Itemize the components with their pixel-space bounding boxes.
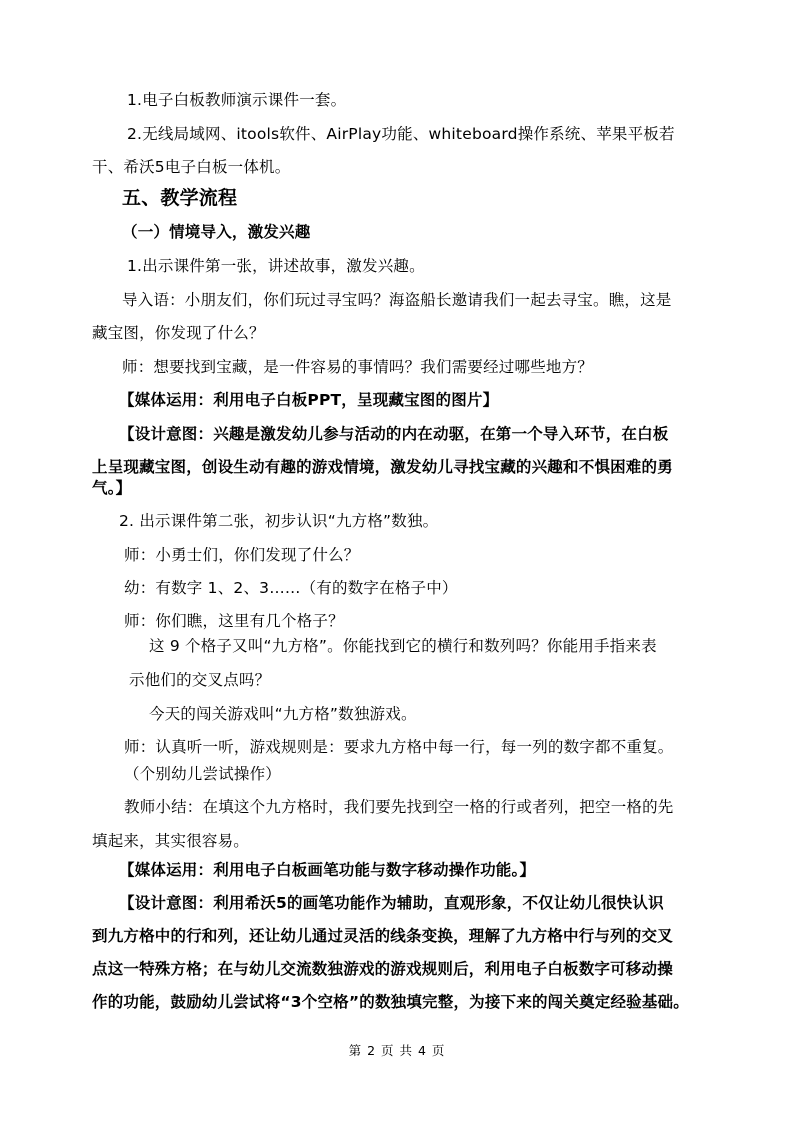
intro-speech-cont: 藏宝图，你发现了什么？ bbox=[92, 323, 265, 343]
grid-explanation-cont: 示他们的交叉点吗？ bbox=[129, 670, 270, 690]
design-intent-1-end: 气。】 bbox=[92, 478, 131, 498]
page-number: 第 2 页 共 4 页 bbox=[0, 1041, 794, 1059]
intro-speech: 导入语：小朋友们，你们玩过寻宝吗？海盗船长邀请我们一起去寻宝。瞧，这是 bbox=[122, 290, 672, 310]
material-item-2: 2.无线局域网、itools软件、AirPlay功能、whiteboard操作系… bbox=[127, 124, 675, 144]
teacher-summary: 教师小结：在填这个九方格时，我们要先找到空一格的行或者列，把空一格的先 bbox=[124, 797, 674, 817]
design-intent-2-cont: 点这一特殊方格；在与幼儿交流数独游戏的游戏规则后，利用电子白板数字可移动操 bbox=[92, 959, 673, 979]
teacher-line: 师：小勇士们，你们发现了什么？ bbox=[124, 545, 360, 565]
design-intent-1-cont: 上呈现藏宝图，创设生动有趣的游戏情境，激发幼儿寻找宝藏的兴趣和不惧困难的勇 bbox=[92, 457, 673, 477]
material-item-2-cont: 干、希沃5电子白板一体机。 bbox=[92, 157, 290, 177]
step-1: 1.出示课件第一张，讲述故事，激发兴趣。 bbox=[127, 256, 425, 276]
design-intent-2: 【设计意图：利用希沃5的画笔功能作为辅助，直观形象，不仅让幼儿很快认识 bbox=[119, 893, 664, 913]
step-2: 2. 出示课件第二张，初步认识“九方格”数独。 bbox=[119, 511, 438, 531]
material-item-1: 1.电子白板教师演示课件一套。 bbox=[127, 90, 346, 110]
teacher-line: 师：你们瞧，这里有几个格子？ bbox=[124, 611, 344, 631]
grid-explanation: 这 9 个格子又叫“九方格”。你能找到它的横行和数列吗？你能用手指来表 bbox=[149, 636, 657, 656]
teacher-question: 师：想要找到宝藏，是一件容易的事情吗？我们需要经过哪些地方？ bbox=[122, 357, 593, 377]
design-intent-2-cont: 到九方格中的行和列，还让幼儿通过灵活的线条变换，理解了九方格中行与列的交叉 bbox=[92, 926, 673, 946]
subsection-heading: （一）情境导入，激发兴趣 bbox=[122, 222, 310, 242]
game-intro: 今天的闯关游戏叫“九方格”数独游戏。 bbox=[149, 704, 417, 724]
game-rules: 师：认真听一听，游戏规则是：要求九方格中每一行，每一列的数字都不重复。 bbox=[124, 737, 674, 757]
media-usage-2: 【媒体运用：利用电子白板画笔功能与数字移动操作功能。】 bbox=[119, 860, 535, 880]
design-intent-2-end: 作的功能，鼓励幼儿尝试将“3个空格”的数独填完整，为接下来的闯关奠定经验基础。 bbox=[92, 992, 689, 1012]
media-usage-1: 【媒体运用：利用电子白板PPT，呈现藏宝图的图片】 bbox=[119, 390, 498, 410]
section-heading: 五、教学流程 bbox=[122, 188, 237, 208]
design-intent-1: 【设计意图：兴趣是激发幼儿参与活动的内在动驱，在第一个导入环节，在白板 bbox=[119, 424, 669, 444]
child-line: 幼：有数字 1、2、3……（有的数字在格子中） bbox=[124, 578, 458, 598]
trial-note: （个别幼儿尝试操作） bbox=[124, 764, 281, 784]
teacher-summary-cont: 填起来，其实很容易。 bbox=[92, 831, 249, 851]
